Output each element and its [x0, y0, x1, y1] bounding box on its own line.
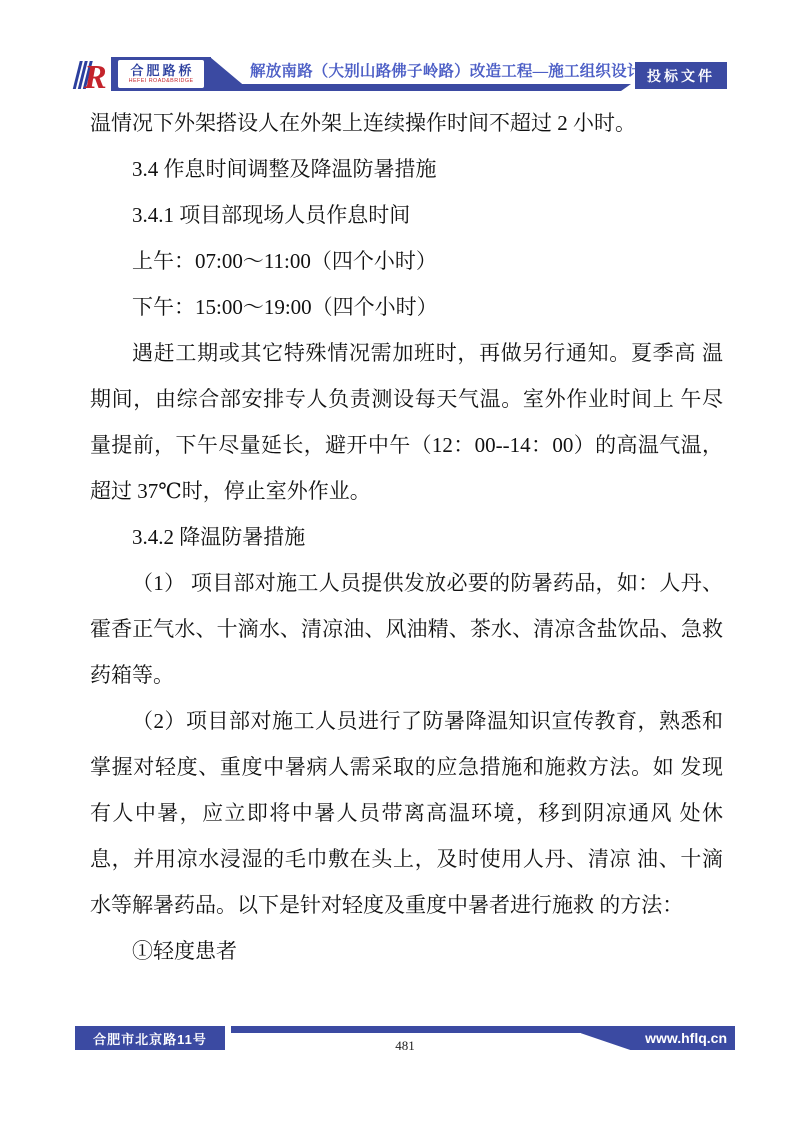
body-paragraph: 温情况下外架搭设人在外架上连续操作时间不超过 2 小时。 — [90, 100, 723, 146]
afternoon-schedule-line: 下午：15:00～19:00（四个小时） — [90, 284, 723, 330]
document-page: R 合肥路桥 HEFEI ROAD&BRIDGE 解放南路（大别山路佛子岭路）改… — [0, 0, 793, 1122]
section-heading-3-4-2: 3.4.2 降温防暑措施 — [90, 514, 723, 560]
logo-text-block: 合肥路桥 HEFEI ROAD&BRIDGE — [118, 60, 204, 88]
hefei-road-bridge-logo-icon: R — [71, 56, 111, 94]
logo-box: 合肥路桥 HEFEI ROAD&BRIDGE — [111, 57, 211, 91]
morning-schedule-line: 上午：07:00～11:00（四个小时） — [90, 238, 723, 284]
bid-document-badge: 投标文件 — [635, 62, 727, 89]
document-body: 温情况下外架搭设人在外架上连续操作时间不超过 2 小时。 3.4 作息时间调整及… — [90, 100, 723, 974]
logo-name-cn: 合肥路桥 — [130, 64, 194, 77]
body-paragraph: 遇赶工期或其它特殊情况需加班时，再做另行通知。夏季高 温期间，由综合部安排专人负… — [90, 330, 723, 514]
section-heading-3-4: 3.4 作息时间调整及降温防暑措施 — [90, 146, 723, 192]
svg-text:R: R — [83, 59, 107, 94]
body-paragraph: （2）项目部对施工人员进行了防暑降温知识宣传教育，熟悉和掌握对轻度、重度中暑病人… — [90, 698, 723, 928]
logo-name-en: HEFEI ROAD&BRIDGE — [129, 78, 194, 83]
body-paragraph: （1） 项目部对施工人员提供发放必要的防暑药品，如：人丹、霍香正气水、十滴水、清… — [90, 560, 723, 698]
footer-stripe — [231, 1026, 581, 1033]
list-item-mild-patient: ①轻度患者 — [90, 928, 723, 974]
header-stripe — [241, 84, 631, 91]
document-title: 解放南路（大别山路佛子岭路）改造工程—施工组织设计 — [250, 59, 626, 81]
page-header: R 合肥路桥 HEFEI ROAD&BRIDGE 解放南路（大别山路佛子岭路）改… — [65, 56, 735, 92]
section-heading-3-4-1: 3.4.1 项目部现场人员作息时间 — [90, 192, 723, 238]
header-diagonal-shape — [210, 57, 242, 91]
page-number: 481 — [75, 1038, 735, 1054]
